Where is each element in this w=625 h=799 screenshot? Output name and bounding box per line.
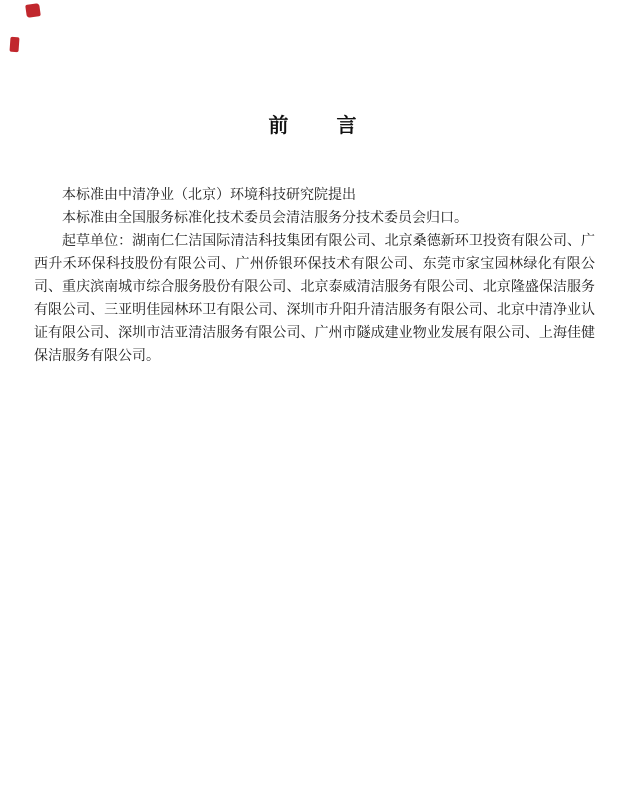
document-body: 本标准由中清净业（北京）环境科技研究院提出 本标准由全国服务标准化技术委员会清洁… [0,184,625,368]
red-mark-icon [25,3,41,18]
red-mark-icon [9,37,19,53]
title-char-yan: 言 [337,115,357,138]
document-page: 前 言 本标准由中清净业（北京）环境科技研究院提出 本标准由全国服务标准化技术委… [0,0,625,799]
paragraph-drafting-organizations: 起草单位：湖南仁仁洁国际清洁科技集团有限公司、北京桑德新环卫投资有限公司、广西升… [34,230,595,368]
paragraph-standard-proposer: 本标准由中清净业（北京）环境科技研究院提出 [34,184,595,207]
title-char-qian: 前 [269,115,289,138]
page-title: 前 言 [0,115,625,138]
paragraph-standard-committee: 本标准由全国服务标准化技术委员会清洁服务分技术委员会归口。 [34,207,595,230]
